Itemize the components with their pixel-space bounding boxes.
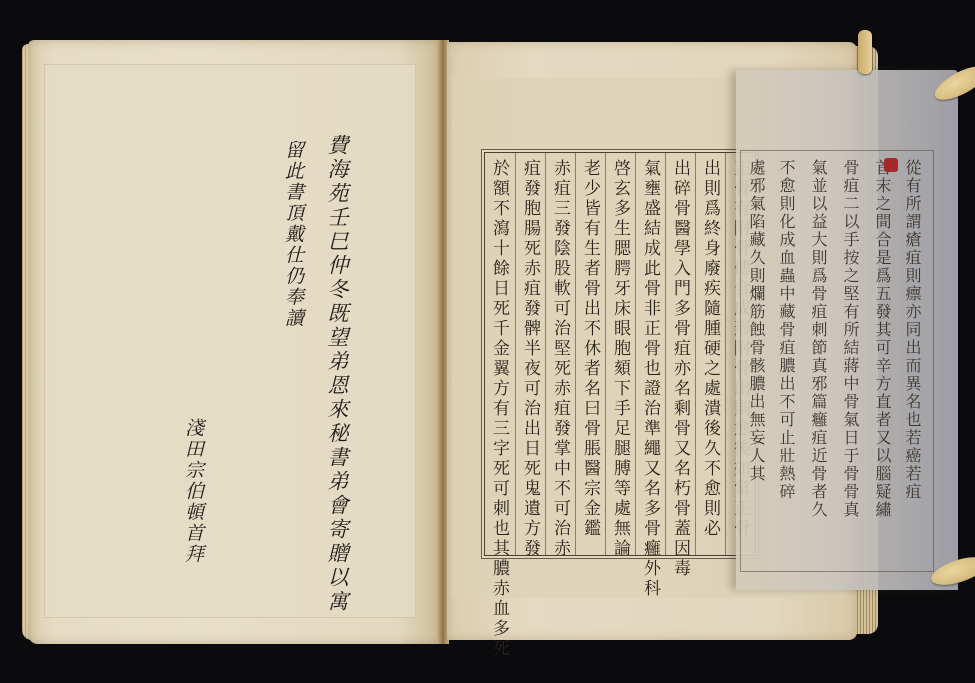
text-column: 氣壅盛結成此骨非正骨也證治準繩又名多骨癰外科 [635, 153, 636, 555]
tissue-overlay-flap[interactable]: 處邪氣陷藏久則爛筋蝕骨骸膿出無妄人其 不愈則化成血蟲中藏骨疽膿出不可止壯熱碎 氣… [736, 70, 958, 590]
tissue-column: 骨疽二以手按之堅有所結蔣中骨氣日于骨骨真 [841, 159, 859, 519]
tissue-column: 氣並以益大則爲骨疽刺節真邪篇癰疽近骨者久 [809, 159, 827, 519]
tissue-column: 首末之間合是爲五發其可辛方直者又以腦疑繡 [873, 159, 891, 519]
red-seal-stamp [884, 158, 898, 172]
handwritten-inscription-2: 留此書頂戴仕仍奉讀 [280, 140, 307, 329]
open-book: 費海苑壬巳仲冬既望弟恩來秘書弟會寄贈以寓 留此書頂戴仕仍奉讀 淺田宗伯頓首拜 正… [0, 0, 975, 683]
tissue-column: 不愈則化成血蟲中藏骨疽膿出不可止壯熱碎 [777, 159, 795, 501]
handwritten-inscription-1: 費海苑壬巳仲冬既望弟恩來秘書弟會寄贈以寓 [322, 134, 352, 614]
left-page-inner-sheet [44, 64, 416, 618]
page-holder-left [858, 30, 872, 74]
text-column: 出則爲終身廢疾隨腫硬之處潰後久不愈則必 [695, 153, 696, 555]
text-column: 出碎骨醫學入門多骨疽亦名剩骨又名朽骨蓋因毒 [665, 153, 666, 555]
text-column: 正骨有附骨傳合成形附骨出則愈後如常正骨 [725, 153, 726, 555]
text-column: 老少皆有生者骨出不休者名曰骨脹醫宗金鑑 [575, 153, 576, 555]
tissue-column: 處邪氣陷藏久則爛筋蝕骨骸膿出無妄人其 [747, 159, 765, 483]
text-column: 啓玄多生腮腭牙床眼胞頦下手足腿膊等處無論 [605, 153, 606, 555]
printed-text-frame: 正骨有附骨傳合成形附骨出則愈後如常正骨 出則爲終身廢疾隨腫硬之處潰後久不愈則必 … [484, 152, 756, 556]
tissue-text-frame: 處邪氣陷藏久則爛筋蝕骨骸膿出無妄人其 不愈則化成血蟲中藏骨疽膿出不可止壯熱碎 氣… [740, 150, 934, 572]
handwritten-signature: 淺田宗伯頓首拜 [180, 418, 207, 565]
text-column: 疽發胞腸死赤疽發髀半夜可治出日死鬼遺方發 [515, 153, 516, 555]
tissue-column: 從有所謂瘡疽則瘭亦同出而異名也若癌若疽 [903, 159, 921, 501]
text-column: 赤疽三發陰股軟可治堅死赤疽發掌中不可治赤 [545, 153, 546, 555]
